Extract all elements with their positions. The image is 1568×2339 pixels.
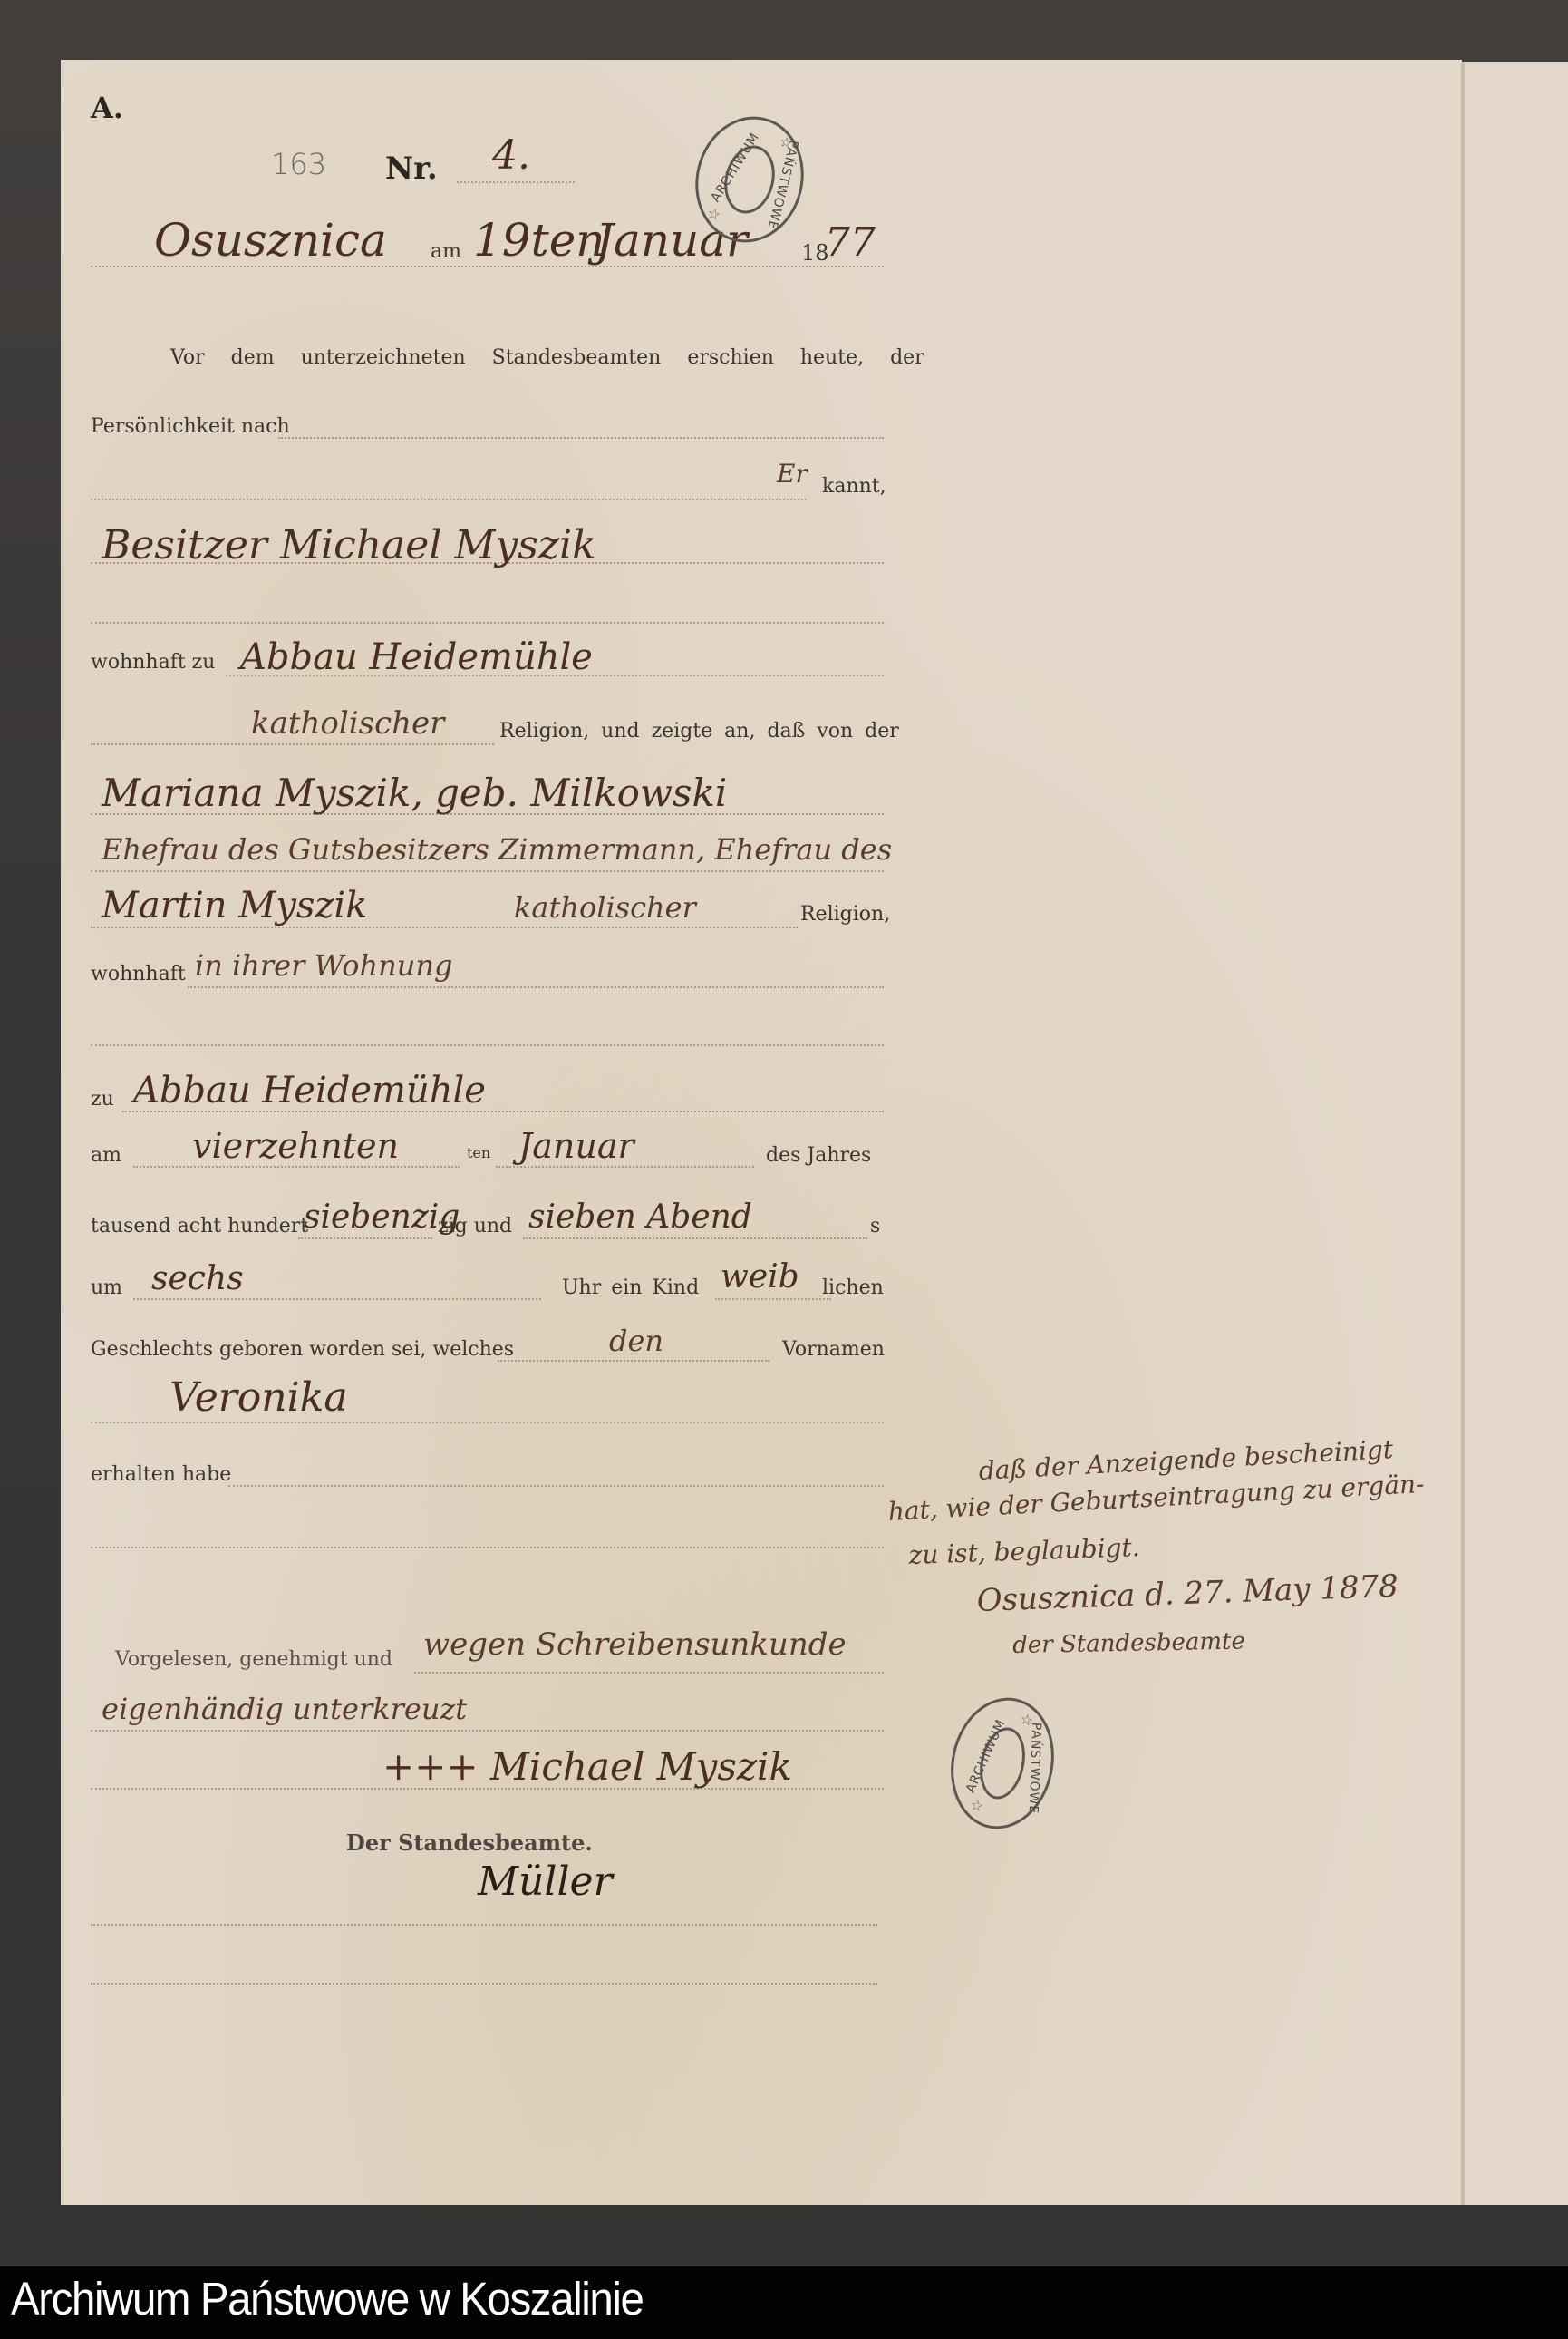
vorgelesen-hand-2: eigenhändig unterkreuzt — [102, 1692, 467, 1726]
religion-declaration-label: Religion, und zeigte an, daß von der — [499, 720, 899, 742]
mother-relation: Ehefrau des Gutsbesitzers Zimmermann, Eh… — [102, 832, 892, 867]
archive-stamp-bottom: ARCHIWUM PAŃSTWOWE ☆ ☆ — [939, 1688, 1066, 1839]
der-line — [498, 1360, 769, 1362]
erhalten-line — [228, 1485, 884, 1487]
mother-name: Mariana Myszik, geb. Milkowski — [102, 771, 727, 815]
margin-note-signature: der Standesbeamte — [1012, 1628, 1245, 1659]
kannt-line — [91, 499, 807, 500]
blank-line-4 — [91, 1924, 877, 1926]
blank-line-3 — [91, 1547, 884, 1548]
standesbeamte-label: Der Standesbeamte. — [346, 1829, 593, 1856]
vornamen-label: Vornamen — [782, 1338, 885, 1361]
relation-line — [91, 870, 884, 872]
star-icon: ☆ — [706, 204, 723, 224]
hour-line — [133, 1298, 541, 1300]
day-field: 19ten — [473, 214, 605, 267]
am-label: am — [431, 240, 461, 263]
zu-label: zu — [91, 1088, 114, 1111]
adjacent-page — [1463, 62, 1568, 2205]
parents-residence-line — [188, 986, 884, 988]
persoenlichkeit-label: Persönlichkeit nach — [91, 415, 290, 438]
ten-label: ten — [467, 1144, 490, 1161]
birth-month-line — [496, 1166, 754, 1168]
wohnhaft-zu-label: wohnhaft zu — [91, 651, 215, 674]
father-name: Martin Myszik — [102, 885, 367, 927]
decade-line — [298, 1237, 432, 1239]
birth-year-unit: sieben Abend — [528, 1199, 752, 1236]
am-date-label: am — [91, 1144, 121, 1167]
blank-line-1 — [91, 622, 884, 624]
margin-note-line-2: hat, wie der Geburtseintragung zu ergän- — [887, 1469, 1425, 1527]
official-signature: Müller — [478, 1859, 613, 1905]
birth-decade: siebenzig — [304, 1199, 460, 1236]
stamp-text-panstwowe: PAŃSTWOWE — [1026, 1722, 1044, 1814]
place-field: Osusznica — [154, 214, 387, 267]
archive-footer: Archiwum Państwowe w Koszalinie — [0, 2266, 1568, 2339]
lichen-label: lichen — [822, 1276, 884, 1299]
birth-register-page: A. 163 Nr. 4. Osusznica am 19ten Januar … — [61, 60, 1462, 2205]
margin-note-place-date: Osusznica d. 27. May 1878 — [976, 1568, 1399, 1619]
star-icon: ☆ — [969, 1796, 985, 1816]
religion-label: Religion, — [800, 903, 890, 926]
blank-line-5 — [91, 1983, 877, 1985]
child-sex: weib — [721, 1258, 799, 1296]
child-name: Veronika — [169, 1374, 348, 1421]
vorgelesen-line — [414, 1672, 884, 1674]
zig-und-label: zig und — [438, 1215, 512, 1237]
birth-place: Abbau Heidemühle — [133, 1070, 486, 1111]
margin-note-line-3: zu ist, beglaubigt. — [908, 1532, 1140, 1570]
blank-line-2 — [91, 1044, 884, 1046]
form-letter: A. — [91, 91, 123, 125]
informant-religion: katholischer — [251, 705, 444, 742]
archive-name: Archiwum Państwowe w Koszalinie — [11, 2272, 643, 2325]
uhr-label: Uhr ein Kind — [562, 1276, 699, 1299]
child-name-line — [91, 1422, 884, 1423]
year-unit-line — [523, 1237, 867, 1239]
vorgelesen-hand-1: wegen Schreibensunkunde — [423, 1626, 847, 1663]
pencil-register-number: 163 — [271, 147, 326, 181]
birth-day-line — [133, 1166, 460, 1168]
year-hand: 77 — [825, 219, 876, 266]
religion-line — [91, 743, 494, 745]
informant-residence: Abbau Heidemühle — [240, 636, 593, 678]
tausend-label: tausend acht hundert — [91, 1215, 308, 1237]
father-line — [91, 927, 798, 928]
vorgelesen-label: Vorgelesen, genehmigt und — [115, 1648, 392, 1671]
informant-name: Besitzer Michael Myszik — [102, 522, 596, 568]
birth-month: Januar — [518, 1126, 634, 1166]
intro-line: Vor dem unterzeichneten Standesbeamten e… — [170, 346, 924, 369]
birth-day: vierzehnten — [192, 1126, 399, 1166]
nr-label: Nr. — [385, 150, 438, 187]
nr-line — [457, 181, 575, 183]
informant-signature: +++ Michael Myszik — [382, 1744, 792, 1789]
wohnhaft-label: wohnhaft — [91, 963, 186, 985]
geschlechts-label: Geschlechts geboren worden sei, welches — [91, 1338, 514, 1361]
nr-value: 4. — [492, 132, 530, 179]
kannt-label: kannt, — [822, 475, 886, 498]
des-jahres-label: des Jahres — [766, 1144, 871, 1167]
s-label: s — [870, 1215, 880, 1237]
vorgelesen-line-2 — [91, 1730, 884, 1732]
sex-line — [715, 1298, 831, 1300]
parents-residence: in ihrer Wohnung — [195, 948, 452, 983]
father-religion: katholischer — [514, 890, 696, 925]
birth-hour: sechs — [151, 1260, 244, 1297]
persoenlichkeit-line — [278, 437, 884, 439]
page-seam — [1461, 62, 1464, 2205]
kannt-hand: Er — [777, 459, 808, 489]
erhalten-label: erhalten habe — [91, 1463, 231, 1486]
um-label: um — [91, 1276, 122, 1299]
der-hand: den — [609, 1324, 663, 1358]
